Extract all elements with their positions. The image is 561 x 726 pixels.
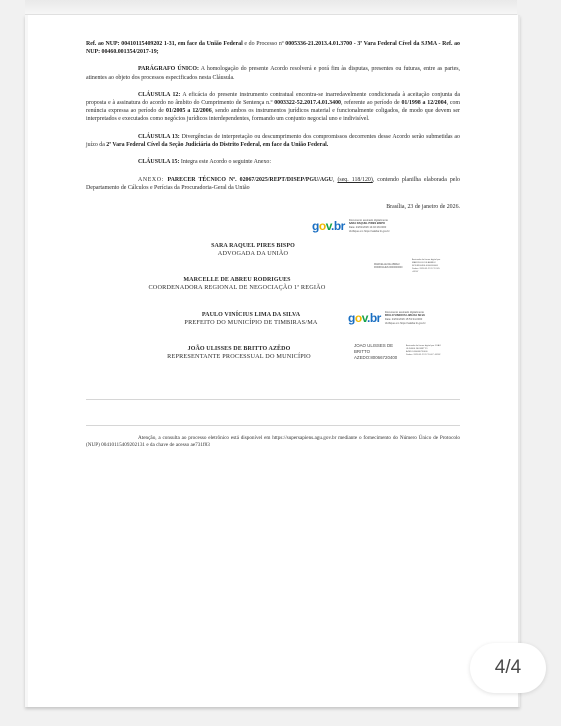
govbr-logo-br: .br	[367, 311, 381, 325]
paragrafo-unico-label: PARÁGRAFO ÚNICO:	[138, 66, 199, 72]
clausula-15-label: CLÁUSULA 15:	[138, 159, 179, 165]
govbr-signature-stamp: gov.br Documento assinado digitalmente P…	[348, 311, 426, 325]
cert-signer-line: AZEDO:80066720400	[354, 355, 402, 361]
digital-certificate-stamp: MARCELLE DE ABREU RODRIGUES:0000000000 A…	[374, 259, 440, 274]
anexo-title: PARECER TÉCNICO Nº. 02067/2025/REPT/DISE…	[167, 177, 332, 183]
signature-marcelle: MARCELLE DE ABREU RODRIGUES COORDENADORA…	[122, 276, 352, 292]
place-date: Brasília, 23 de janeiro de 2026.	[86, 203, 460, 211]
signer-name: SARA RAQUEL PIRES BISPO	[138, 242, 368, 250]
signature-sara: SARA RAQUEL PIRES BISPO ADVOGADA DA UNIÃ…	[138, 242, 368, 258]
digital-certificate-stamp: JOAO ULISSES DE BRITTO AZEDO:80066720400…	[354, 343, 441, 361]
signer-name: PAULO VINÍCIUS LIMA DA SILVA	[136, 311, 366, 319]
signer-role: ADVOGADA DA UNIÃO	[138, 250, 368, 258]
clausula-12-period-1: 01/1998 a 12/2004	[401, 100, 446, 106]
clausula-13-label: CLÁUSULA 13:	[138, 134, 180, 140]
divider-line	[86, 425, 460, 426]
govbr-logo: gov.br	[348, 314, 381, 322]
anexo-seq-link[interactable]: (seq. 118/120)	[337, 177, 372, 183]
signature-paulo: PAULO VINÍCIUS LIMA DA SILVA PREFEITO DO…	[136, 311, 366, 327]
govbr-logo-g: g	[312, 219, 319, 233]
signer-role: PREFEITO DO MUNICÍPIO DE TIMBIRAS/MA	[136, 319, 366, 327]
divider-line	[86, 399, 460, 400]
govbr-logo-o: o	[319, 219, 326, 233]
cert-signer-line: RODRIGUES:0000000000	[374, 266, 408, 269]
govbr-stamp-verify: Verifique em https://validar.iti.gov.br	[385, 322, 426, 326]
ref-nup-text: Ref. ao NUP: 00410115409202 1-31, em fac…	[86, 41, 243, 47]
anexo-label: ANEXO:	[138, 177, 167, 183]
signature-block: gov.br Documento assinado digitalmente S…	[86, 213, 460, 391]
access-notice-text: Atenção, a consulta ao processo eletrôni…	[86, 435, 460, 449]
clausula-15-text: Integra este Acordo o seguinte Anexo:	[179, 159, 271, 165]
access-notice: Atenção, a consulta ao processo eletrôni…	[86, 435, 460, 450]
signature-joao: JOÃO ULISSES DE BRITTO AZÊDO REPRESENTAN…	[124, 345, 354, 361]
clausula-12-period-2: 01/2005 a 12/2006	[166, 108, 212, 114]
signer-name: MARCELLE DE ABREU RODRIGUES	[122, 276, 352, 284]
govbr-stamp-text: Documento assinado digitalmente SARA RAQ…	[349, 219, 390, 233]
ref-connector-text: e do Processo nº	[243, 41, 286, 47]
document-content: Ref. ao NUP: 00410115409202 1-31, em fac…	[86, 40, 460, 457]
reference-line: Ref. ao NUP: 00410115409202 1-31, em fac…	[86, 40, 460, 56]
clausula-12-process: 0003322-52.2017.4.01.3400	[274, 100, 341, 106]
anexo: ANEXO: PARECER TÉCNICO Nº. 02067/2025/RE…	[86, 176, 460, 192]
signer-role: REPRESENTANTE PROCESSUAL DO MUNICÍPIO	[124, 353, 354, 361]
govbr-stamp-verify: Verifique em https://validar.iti.gov.br	[349, 230, 390, 234]
govbr-stamp-text: Documento assinado digitalmente PAULO VI…	[385, 311, 426, 325]
govbr-signature-stamp: gov.br Documento assinado digitalmente S…	[312, 219, 390, 233]
signer-name: JOÃO ULISSES DE BRITTO AZÊDO	[124, 345, 354, 353]
clausula-12-text: , referente ao período de	[341, 100, 401, 106]
govbr-logo: gov.br	[312, 222, 345, 230]
clausula-12: CLÁUSULA 12: A eficácia do presente inst…	[86, 91, 460, 124]
govbr-logo-br: .br	[331, 219, 345, 233]
signer-role: COORDENADORA REGIONAL DE NEGOCIAÇÃO 1ª R…	[122, 284, 352, 292]
clausula-13: CLÁUSULA 13: Divergências de interpretaç…	[86, 133, 460, 149]
govbr-logo-o: o	[355, 311, 362, 325]
clausula-12-label: CLÁUSULA 12:	[138, 92, 180, 98]
clausula-13-court: 2ª Vara Federal Cível da Seção Judiciári…	[106, 142, 328, 148]
cert-detail-line: Dados: 2026.01.23 17:10:47 -03'00'	[406, 354, 441, 357]
page-indicator: 4/4	[470, 643, 546, 693]
cert-detail-line: -03'00'	[412, 271, 440, 274]
document-page[interactable]: Ref. ao NUP: 00410115409202 1-31, em fac…	[25, 15, 520, 707]
govbr-logo-g: g	[348, 311, 355, 325]
viewer-top-bar	[25, 0, 517, 15]
paragrafo-unico: PARÁGRAFO ÚNICO: A homologação do presen…	[86, 65, 460, 81]
clausula-15: CLÁUSULA 15: Integra este Acordo o segui…	[86, 158, 460, 166]
